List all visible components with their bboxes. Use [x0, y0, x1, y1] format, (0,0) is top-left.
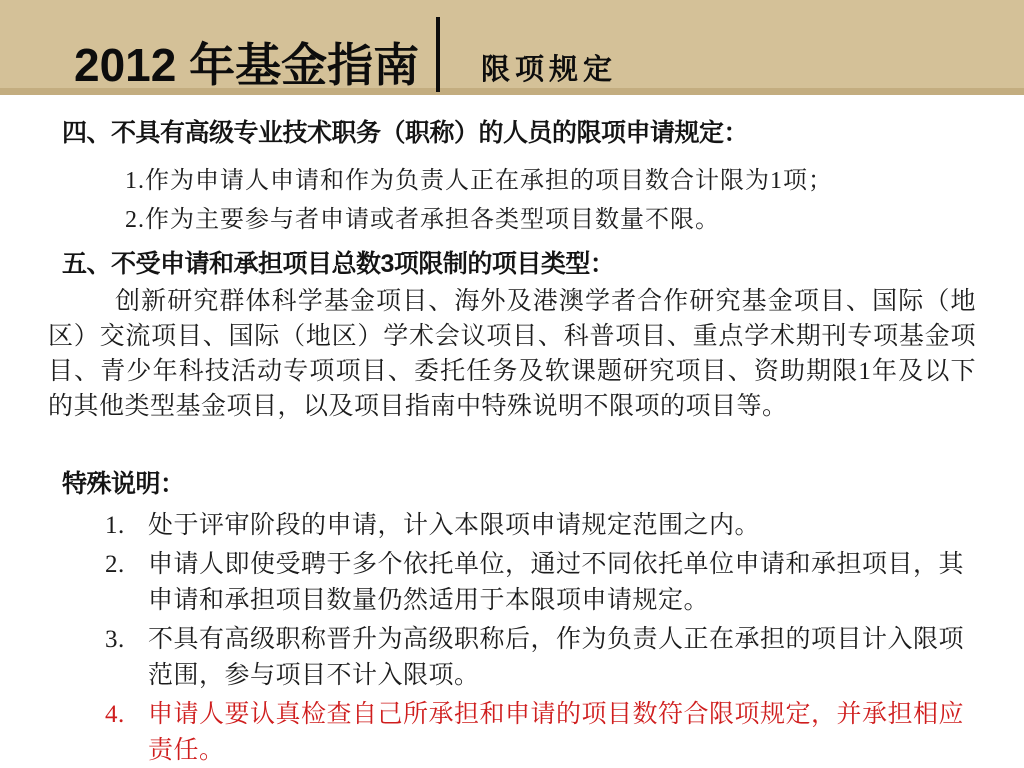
section-5-paragraph: 创新研究群体科学基金项目、海外及港澳学者合作研究基金项目、国际（地区）交流项目、…: [48, 284, 976, 424]
slide-title: 2012 年基金指南: [74, 42, 419, 88]
note-text: 申请人即使受聘于多个依托单位，通过不同依托单位申请和承担项目，其申请和承担项目数…: [148, 547, 970, 619]
special-note-item-3: 3. 不具有高级职称晋升为高级职称后，作为负责人正在承担的项目计入限项范围，参与…: [105, 622, 970, 694]
special-note-item-4: 4. 申请人要认真检查自己所承担和申请的项目数符合限项规定，并承担相应责任。: [105, 697, 970, 768]
title-divider-line: [436, 17, 440, 92]
presentation-slide: 2012 年基金指南 限项规定 四、不具有高级专业技术职务（职称）的人员的限项申…: [0, 0, 1024, 768]
special-note-item-2: 2. 申请人即使受聘于多个依托单位，通过不同依托单位申请和承担项目，其申请和承担…: [105, 547, 970, 619]
section-4-item-2: 2.作为主要参与者申请或者承担各类型项目数量不限。: [125, 204, 976, 236]
section-5-heading: 五、不受申请和承担项目总数3项限制的项目类型：: [62, 248, 976, 281]
note-text: 申请人要认真检查自己所承担和申请的项目数符合限项规定，并承担相应责任。: [148, 697, 970, 768]
section-4-item-1: 1.作为申请人申请和作为负责人正在承担的项目数合计限为1项；: [125, 165, 976, 197]
special-note-item-1: 1. 处于评审阶段的申请，计入本限项申请规定范围之内。: [105, 508, 970, 544]
note-number: 3.: [105, 622, 148, 694]
section-4-heading: 四、不具有高级专业技术职务（职称）的人员的限项申请规定：: [62, 117, 976, 150]
slide-header-band: 2012 年基金指南 限项规定: [0, 0, 1024, 95]
slide-subtitle: 限项规定: [481, 56, 617, 85]
special-notes-heading: 特殊说明：: [62, 468, 976, 501]
slide-body: 四、不具有高级专业技术职务（职称）的人员的限项申请规定： 1.作为申请人申请和作…: [0, 95, 1024, 768]
note-text: 不具有高级职称晋升为高级职称后，作为负责人正在承担的项目计入限项范围，参与项目不…: [148, 622, 970, 694]
special-notes-list: 1. 处于评审阶段的申请，计入本限项申请规定范围之内。 2. 申请人即使受聘于多…: [48, 508, 976, 768]
note-number: 1.: [105, 508, 148, 544]
note-number: 4.: [105, 697, 148, 768]
note-number: 2.: [105, 547, 148, 619]
note-text: 处于评审阶段的申请，计入本限项申请规定范围之内。: [148, 508, 970, 544]
